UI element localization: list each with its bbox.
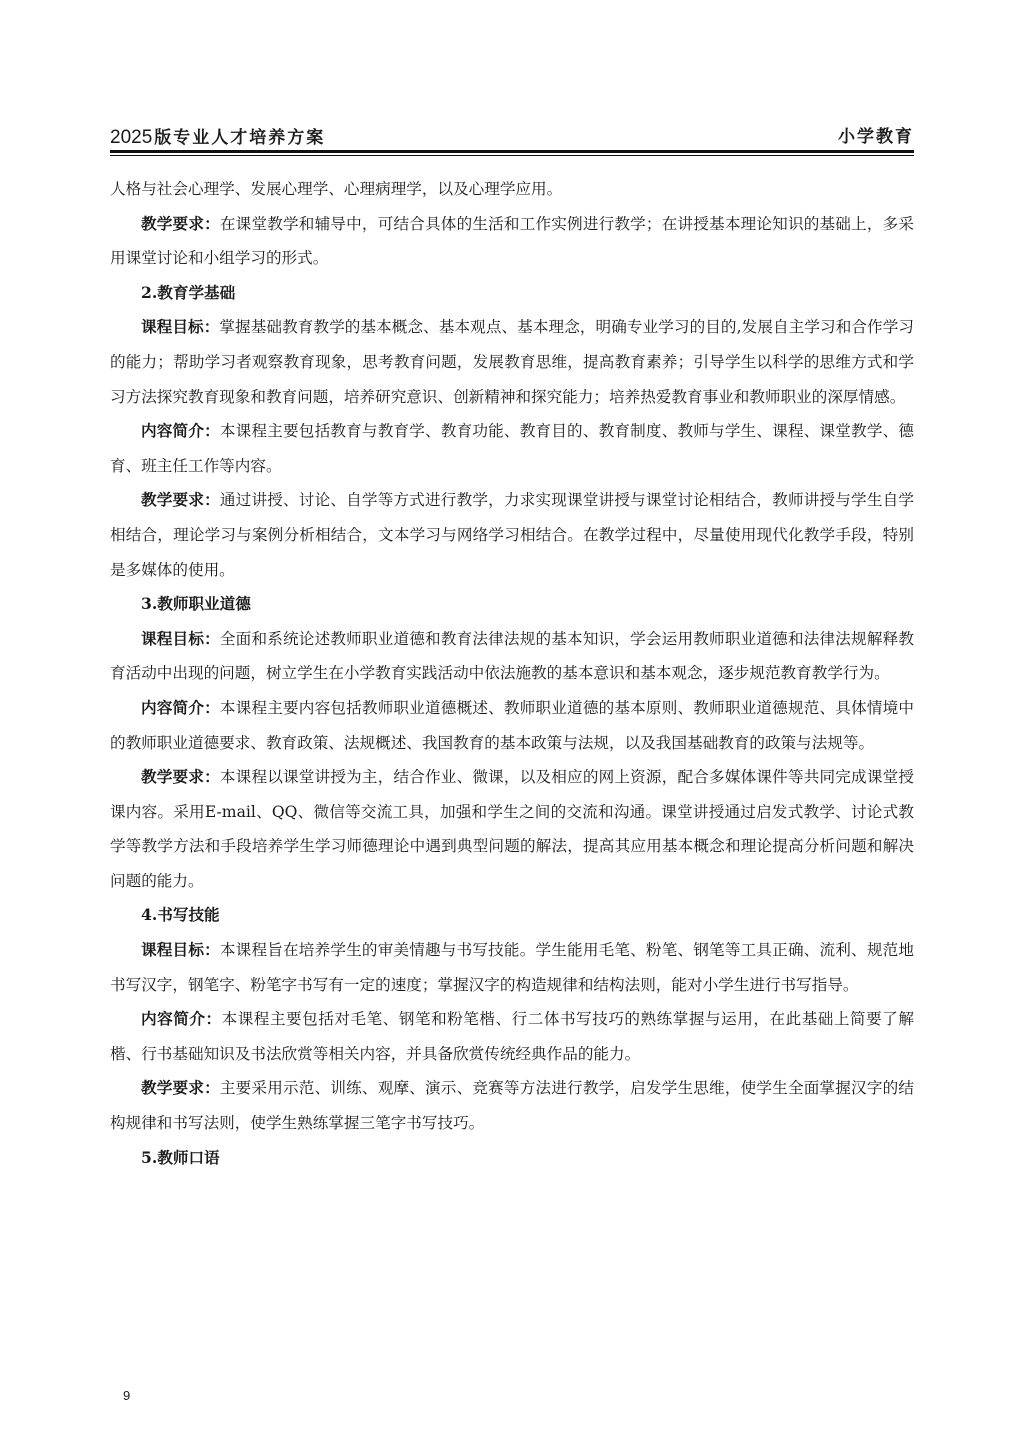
page-number: 9 (123, 1388, 130, 1403)
text: 本课程主要包括教育与教育学、教育功能、教育目的、教育制度、教师与学生、课程、课堂… (110, 422, 914, 475)
text: 在课堂教学和辅导中，可结合具体的生活和工作实例进行教学；在讲授基本理论知识的基础… (110, 215, 914, 268)
text: 本课程以课堂讲授为主，结合作业、微课，以及相应的网上资源，配合多媒体课件等共同完… (110, 768, 914, 890)
paragraph-teaching-requirements: 教学要求：本课程以课堂讲授为主，结合作业、微课，以及相应的网上资源，配合多媒体课… (110, 760, 914, 898)
label: 教学要求： (141, 1078, 220, 1097)
section-heading: 4.书写技能 (110, 898, 914, 933)
text: 掌握基础教育教学的基本概念、基本观点、基本理念，明确专业学习的目的,发展自主学习… (110, 318, 914, 405)
text: 通过讲授、讨论、自学等方式进行教学，力求实现课堂讲授与课堂讨论相结合，教师讲授与… (110, 491, 914, 578)
paragraph-teaching-requirements: 教学要求：主要采用示范、训练、观摩、演示、竞赛等方法进行教学，启发学生思维，使学… (110, 1071, 914, 1140)
label: 教学要求： (141, 767, 220, 786)
section-heading: 5.教师口语 (110, 1141, 914, 1176)
label: 课程目标： (141, 317, 219, 336)
label: 教学要求： (141, 490, 220, 509)
paragraph-content-intro: 内容简介：本课程主要内容包括教师职业道德概述、教师职业道德的基本原则、教师职业道… (110, 691, 914, 760)
paragraph-course-goal: 课程目标：掌握基础教育教学的基本概念、基本观点、基本理念，明确专业学习的目的,发… (110, 310, 914, 414)
header-title: 版专业人才培养方案 (154, 128, 325, 148)
paragraph-course-goal: 课程目标：本课程旨在培养学生的审美情趣与书写技能。学生能用毛笔、粉笔、钢笔等工具… (110, 933, 914, 1002)
paragraph-teaching-requirements: 教学要求：在课堂教学和辅导中，可结合具体的生活和工作实例进行教学；在讲授基本理论… (110, 207, 914, 276)
section-heading: 3.教师职业道德 (110, 587, 914, 622)
text: 全面和系统论述教师职业道德和教育法律法规的基本知识，学会运用教师职业道德和法律法… (110, 630, 914, 683)
label: 课程目标： (141, 629, 220, 648)
header-rule-thin (110, 155, 914, 156)
label: 教学要求： (141, 214, 220, 233)
paragraph-course-goal: 课程目标：全面和系统论述教师职业道德和教育法律法规的基本知识，学会运用教师职业道… (110, 622, 914, 691)
text: 本课程主要内容包括教师职业道德概述、教师职业道德的基本原则、教师职业道德规范、具… (110, 699, 914, 752)
paragraph-continued: 人格与社会心理学、发展心理学、心理病理学，以及心理学应用。 (110, 172, 914, 207)
paragraph-content-intro: 内容简介：本课程主要包括教育与教育学、教育功能、教育目的、教育制度、教师与学生、… (110, 414, 914, 483)
section-heading: 2.教育学基础 (110, 276, 914, 311)
label: 内容简介： (141, 698, 220, 717)
paragraph-teaching-requirements: 教学要求：通过讲授、讨论、自学等方式进行教学，力求实现课堂讲授与课堂讨论相结合，… (110, 483, 914, 587)
text: 本课程旨在培养学生的审美情趣与书写技能。学生能用毛笔、粉笔、钢笔等工具正确、流利… (110, 941, 914, 994)
text: 主要采用示范、训练、观摩、演示、竞赛等方法进行教学，启发学生思维，使学生全面掌握… (110, 1079, 914, 1132)
header-rule-thick (110, 150, 914, 153)
label: 内容简介： (141, 1009, 222, 1028)
header-major: 小学教育 (838, 126, 914, 148)
header-year: 2025 (110, 127, 152, 148)
label: 内容简介： (141, 421, 220, 440)
paragraph-content-intro: 内容简介：本课程主要包括对毛笔、钢笔和粉笔楷、行二体书写技巧的熟练掌握与运用，在… (110, 1002, 914, 1071)
header-document-title: 2025版专业人才培养方案 (110, 126, 325, 149)
label: 课程目标： (141, 940, 220, 959)
page-body: 人格与社会心理学、发展心理学、心理病理学，以及心理学应用。 教学要求：在课堂教学… (110, 172, 914, 1175)
running-header: 2025版专业人才培养方案 小学教育 (110, 126, 914, 150)
text: 本课程主要包括对毛笔、钢笔和粉笔楷、行二体书写技巧的熟练掌握与运用，在此基础上简… (110, 1010, 914, 1063)
